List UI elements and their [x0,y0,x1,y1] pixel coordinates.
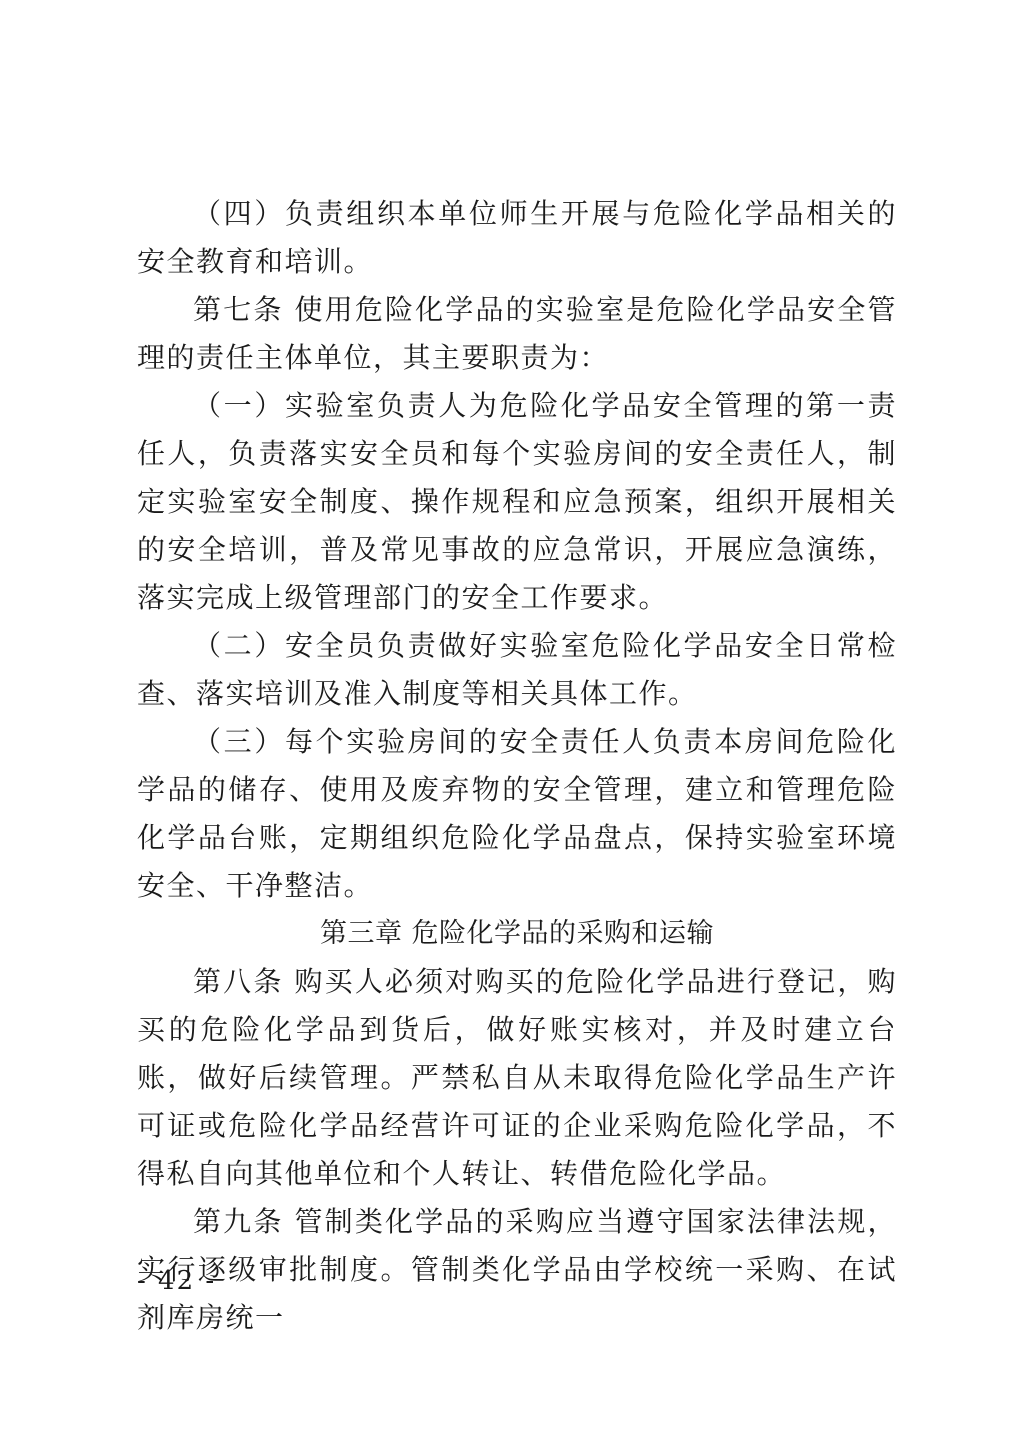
clause-item-3: （三）每个实验房间的安全责任人负责本房间危险化学品的储存、使用及废弃物的安全管理… [137,718,897,910]
article-7: 第七条 使用危险化学品的实验室是危险化学品安全管理的责任主体单位，其主要职责为： [137,286,897,382]
page-number: - 42 - [137,1266,216,1296]
chapter-heading: 第三章 危险化学品的采购和运输 [137,910,897,958]
clause-item-1: （一）实验室负责人为危险化学品安全管理的第一责任人，负责落实安全员和每个实验房间… [137,382,897,622]
clause-item-2: （二）安全员负责做好实验室危险化学品安全日常检查、落实培训及准入制度等相关具体工… [137,622,897,718]
article-8: 第八条 购买人必须对购买的危险化学品进行登记，购买的危险化学品到货后，做好账实核… [137,958,897,1198]
document-page-body: （四）负责组织本单位师生开展与危险化学品相关的安全教育和培训。 第七条 使用危险… [137,190,897,1342]
article-9: 第九条 管制类化学品的采购应当遵守国家法律法规，实行逐级审批制度。管制类化学品由… [137,1198,897,1342]
clause-item-4: （四）负责组织本单位师生开展与危险化学品相关的安全教育和培训。 [137,190,897,286]
